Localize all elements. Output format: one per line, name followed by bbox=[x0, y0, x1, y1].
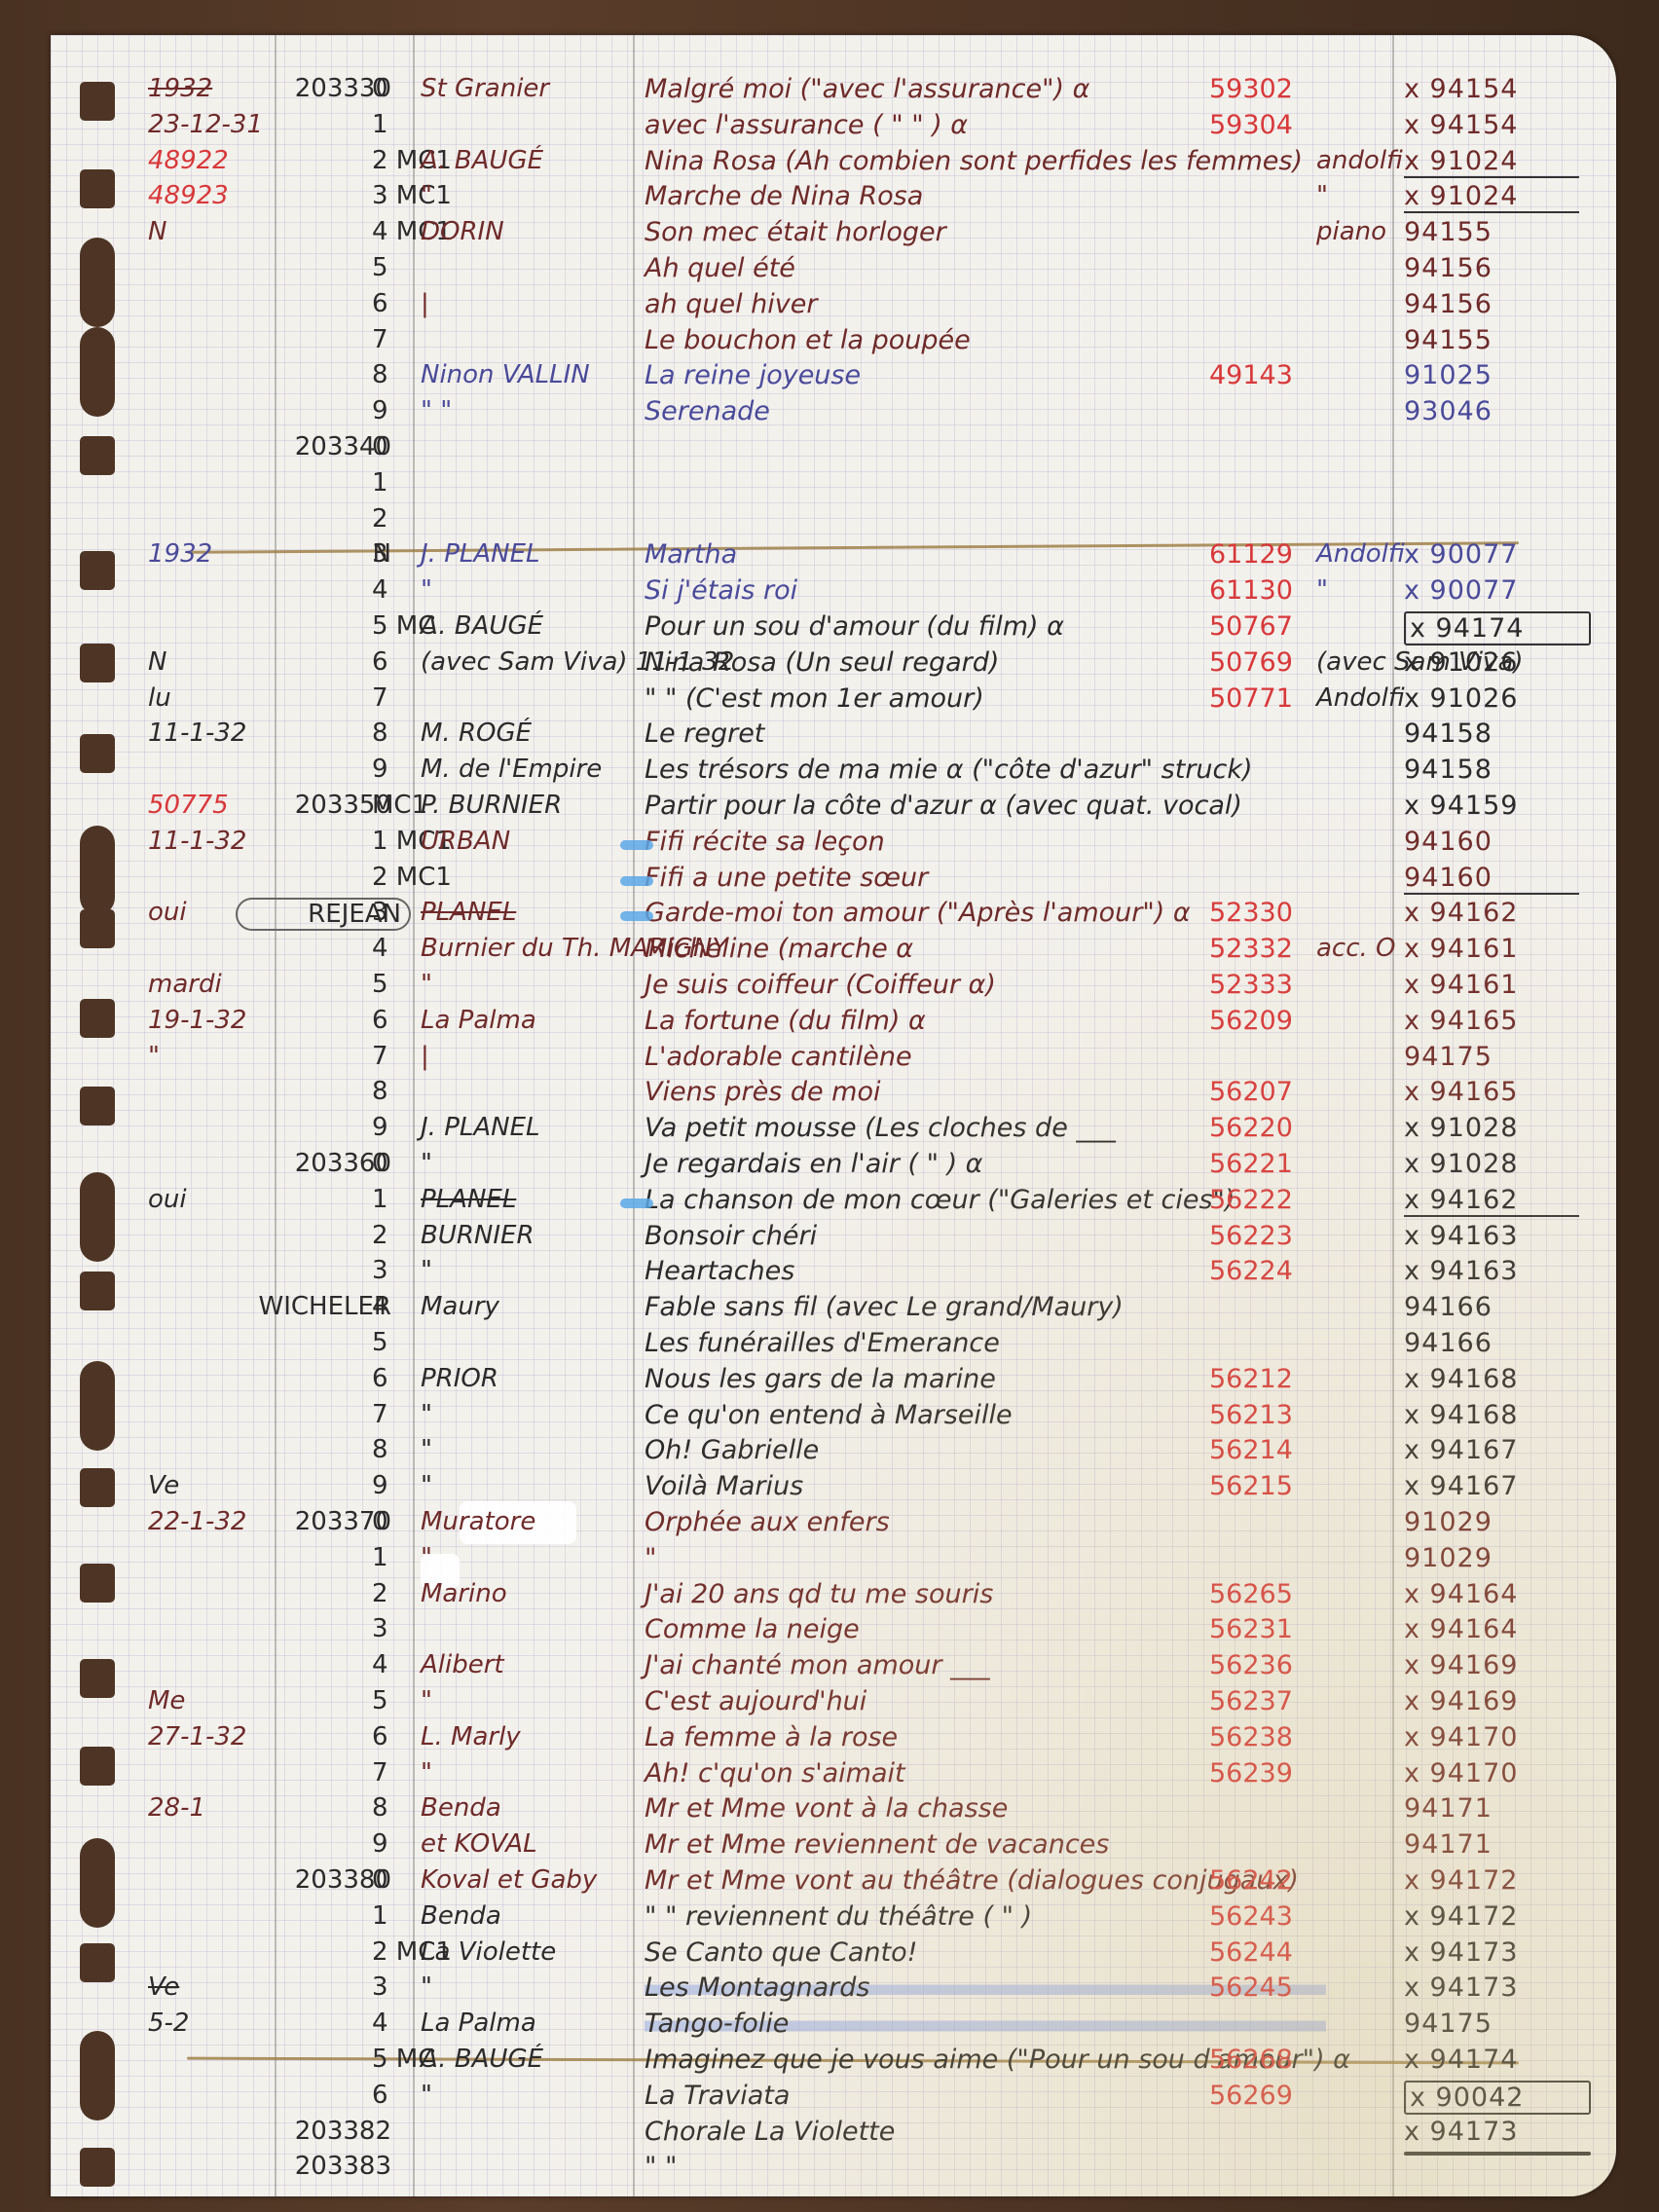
table-row: 5 MCA. BAUGÉImaginez que je vous aime ("… bbox=[51, 2045, 1616, 2080]
cell-disc: 203382 bbox=[236, 2117, 391, 2146]
table-row: 9M. de l'EmpireLes trésors de ma mie α (… bbox=[51, 755, 1616, 790]
table-row: 8"Oh! Gabrielle56214x 94167 bbox=[51, 1435, 1616, 1470]
table-row: 4"Si j'étais roi61130"x 90077 bbox=[51, 575, 1616, 610]
cell-cat: x 91024 bbox=[1404, 146, 1579, 178]
cell-cat: x 90077 bbox=[1404, 539, 1579, 570]
cell-cat: x 94174 bbox=[1404, 611, 1591, 645]
cell-cat: 94156 bbox=[1404, 289, 1579, 319]
cell-cat bbox=[1404, 2152, 1591, 2156]
cell-date: Ve bbox=[148, 1471, 294, 1500]
cell-cat: 94155 bbox=[1404, 217, 1579, 247]
cell-cat: x 91024 bbox=[1404, 181, 1579, 213]
table-row: 489222 MC1A. BAUGÉNina Rosa (Ah combien … bbox=[51, 146, 1616, 181]
table-row: 5Les funérailles d'Emerance94166 bbox=[51, 1328, 1616, 1363]
table-row: N6(avec Sam Viva) 11-1-32Nina Rosa (Un s… bbox=[51, 647, 1616, 682]
table-row: 7"Ah! c'qu'on s'aimait56239x 94170 bbox=[51, 1758, 1616, 1793]
table-row: 50775203350MC1P. BURNIERPartir pour la c… bbox=[51, 791, 1616, 826]
table-row: 6|ah quel hiver94156 bbox=[51, 289, 1616, 324]
cell-disc: 203340 bbox=[236, 432, 391, 461]
cell-cat: 94166 bbox=[1404, 1292, 1579, 1322]
cell-cat: 94171 bbox=[1404, 1829, 1579, 1860]
table-row: 5 MCA. BAUGÉPour un sou d'amour (du film… bbox=[51, 611, 1616, 646]
cell-date: N bbox=[148, 647, 294, 677]
cell-cat: x 94173 bbox=[1404, 2117, 1579, 2147]
cell-matrix: 56215 bbox=[1209, 1471, 1326, 1501]
cell-num: 0 bbox=[372, 432, 440, 461]
highlight-mark bbox=[620, 876, 653, 886]
cell-num: 5 bbox=[372, 1328, 440, 1357]
table-row: 9" "Serenade93046 bbox=[51, 396, 1616, 431]
cell-cat: x 91028 bbox=[1404, 1149, 1579, 1179]
cell-cat: 94175 bbox=[1404, 2009, 1579, 2039]
cell-cat: 94160 bbox=[1404, 863, 1579, 895]
table-row: mardi5"Je suis coiffeur (Coiffeur α)5233… bbox=[51, 970, 1616, 1005]
highlight-mark bbox=[620, 840, 653, 850]
table-row: 3Comme la neige56231x 94164 bbox=[51, 1614, 1616, 1649]
cell-cat: 94171 bbox=[1404, 1793, 1579, 1824]
cell-title: Mr et Mme vont à la chasse bbox=[645, 1793, 1326, 1824]
table-row: lu7" " (C'est mon 1er amour)50771Andolfi… bbox=[51, 683, 1616, 719]
cell-cat: 94158 bbox=[1404, 755, 1579, 785]
cell-cat: x 94161 bbox=[1404, 970, 1579, 1000]
cell-matrix: 52332 bbox=[1209, 934, 1326, 964]
cell-matrix: 56223 bbox=[1209, 1221, 1326, 1251]
table-row: 203383" " bbox=[51, 2152, 1616, 2187]
table-row: 2033400 bbox=[51, 432, 1616, 467]
cell-matrix: 56245 bbox=[1209, 1972, 1326, 2003]
cell-matrix: 56242 bbox=[1209, 1865, 1326, 1896]
cell-title: Nina Rosa (Ah combien sont perfides les … bbox=[645, 146, 1326, 176]
table-row: Me5"C'est aujourd'hui56237x 94169 bbox=[51, 1686, 1616, 1721]
cell-date: 48922 bbox=[148, 146, 294, 175]
table-row: 7Le bouchon et la poupée94155 bbox=[51, 325, 1616, 360]
table-row: Ve9"Voilà Marius56215x 94167 bbox=[51, 1471, 1616, 1506]
cell-matrix: 52333 bbox=[1209, 970, 1326, 1000]
table-row: 23-12-311avec l'assurance ( " " ) α59304… bbox=[51, 110, 1616, 145]
cell-matrix: 56220 bbox=[1209, 1113, 1326, 1143]
cell-disc: 203350 bbox=[236, 791, 391, 820]
cell-cat: x 94169 bbox=[1404, 1650, 1579, 1680]
cell-matrix: 56237 bbox=[1209, 1686, 1326, 1716]
cell-title: " " bbox=[645, 2152, 1326, 2182]
table-row: 28-18BendaMr et Mme vont à la chasse9417… bbox=[51, 1793, 1616, 1828]
cell-date: 11-1-32 bbox=[148, 827, 294, 856]
table-row: 2 MC1La VioletteSe Canto que Canto!56244… bbox=[51, 1937, 1616, 1972]
cell-matrix: 56231 bbox=[1209, 1614, 1326, 1644]
table-row: 5Ah quel été94156 bbox=[51, 253, 1616, 288]
cell-matrix: 50769 bbox=[1209, 647, 1326, 678]
cell-date: 23-12-31 bbox=[148, 110, 294, 139]
cell-matrix: 56265 bbox=[1209, 1579, 1326, 1609]
cell-date: 27-1-32 bbox=[148, 1722, 294, 1751]
cell-title: Fifi récite sa leçon bbox=[645, 827, 1326, 857]
cell-cat: x 94165 bbox=[1404, 1077, 1579, 1107]
cell-title: Fable sans fil (avec Le grand/Maury) bbox=[645, 1292, 1326, 1322]
cell-cat: 91029 bbox=[1404, 1507, 1579, 1537]
cell-matrix: 56207 bbox=[1209, 1077, 1326, 1107]
cell-cat: x 90077 bbox=[1404, 575, 1579, 606]
cell-date: oui bbox=[148, 1185, 294, 1214]
cell-title: Marche de Nina Rosa bbox=[645, 181, 1326, 211]
table-row: 4AlibertJ'ai chanté mon amour ___56236x … bbox=[51, 1650, 1616, 1685]
cell-date: 48923 bbox=[148, 181, 294, 210]
cell-date: mardi bbox=[148, 970, 294, 999]
table-row: 27-1-326L. MarlyLa femme à la rose56238x… bbox=[51, 1722, 1616, 1757]
cell-matrix: 56213 bbox=[1209, 1400, 1326, 1430]
table-row: 1Benda" " reviennent du théâtre ( " )562… bbox=[51, 1901, 1616, 1936]
cell-cat: x 94174 bbox=[1404, 2045, 1579, 2075]
cell-num: 2 MC1 bbox=[372, 863, 440, 892]
cell-matrix: 56221 bbox=[1209, 1149, 1326, 1179]
cell-title: Serenade bbox=[645, 396, 1326, 426]
cell-cat: 91025 bbox=[1404, 360, 1579, 390]
cell-title: Les funérailles d'Emerance bbox=[645, 1328, 1326, 1358]
cell-matrix: 56209 bbox=[1209, 1006, 1326, 1036]
cell-cat: x 94168 bbox=[1404, 1364, 1579, 1394]
cell-date: 11-1-32 bbox=[148, 719, 294, 748]
cell-date: Me bbox=[148, 1686, 294, 1715]
cell-cat: x 91028 bbox=[1404, 1113, 1579, 1143]
cell-date: N bbox=[148, 217, 294, 246]
cell-cat: 94155 bbox=[1404, 325, 1579, 355]
table-row: ouiREJEAN3PLANELGarde-moi ton amour ("Ap… bbox=[51, 898, 1616, 933]
cell-title: L'adorable cantilène bbox=[645, 1042, 1326, 1072]
cell-cat: 94175 bbox=[1404, 1042, 1579, 1072]
cell-cat: x 94163 bbox=[1404, 1256, 1579, 1286]
cell-matrix: 56268 bbox=[1209, 2045, 1326, 2075]
table-row: 203382Chorale La Violettex 94173 bbox=[51, 2117, 1616, 2152]
cell-matrix: 56269 bbox=[1209, 2081, 1326, 2111]
cell-cat: x 90042 bbox=[1404, 2081, 1591, 2115]
cell-matrix: 50771 bbox=[1209, 683, 1326, 714]
cell-matrix: 59304 bbox=[1209, 110, 1326, 140]
cell-cat: x 94173 bbox=[1404, 1937, 1579, 1968]
table-row: 8Ninon VALLINLa reine joyeuse4914391025 bbox=[51, 360, 1616, 395]
table-row: 2MarinoJ'ai 20 ans qd tu me souris56265x… bbox=[51, 1579, 1616, 1614]
cell-date: " bbox=[148, 1042, 294, 1071]
table-row: Ve3"Les Montagnards56245x 94173 bbox=[51, 1972, 1616, 2008]
table-row: 9J. PLANELVa petit mousse (Les cloches d… bbox=[51, 1113, 1616, 1148]
cell-title: ah quel hiver bbox=[645, 289, 1326, 319]
cell-cat: 94156 bbox=[1404, 253, 1579, 283]
cell-cat: x 94172 bbox=[1404, 1865, 1579, 1896]
cell-cat: x 94162 bbox=[1404, 898, 1579, 928]
table-row: 3"Heartaches56224x 94163 bbox=[51, 1256, 1616, 1291]
cell-matrix: 56244 bbox=[1209, 1937, 1326, 1968]
table-row: 19-1-326La PalmaLa fortune (du film) α56… bbox=[51, 1006, 1616, 1041]
ledger-page: 1932 2033300St GranierMalgré moi ("avec … bbox=[51, 35, 1616, 2196]
table-row: 1 bbox=[51, 468, 1616, 503]
table-row: 1932N3J. PLANELMartha61129Andolfix 90077 bbox=[51, 539, 1616, 574]
cell-num: 8 bbox=[372, 1077, 440, 1106]
cell-num: 5 bbox=[372, 253, 440, 282]
cell-title: Le regret bbox=[645, 719, 1326, 749]
cell-matrix: 56238 bbox=[1209, 1722, 1326, 1752]
cell-matrix: 56236 bbox=[1209, 1650, 1326, 1680]
cell-cat: 93046 bbox=[1404, 396, 1579, 426]
cell-num: 2 bbox=[372, 504, 440, 534]
cell-cat: x 91026 bbox=[1404, 683, 1579, 714]
table-row: 11-1-328M. ROGÉLe regret94158 bbox=[51, 719, 1616, 754]
cell-cat: 91029 bbox=[1404, 1543, 1579, 1573]
cell-cat: x 94164 bbox=[1404, 1579, 1579, 1609]
table-row: 7"Ce qu'on entend à Marseille56213x 9416… bbox=[51, 1400, 1616, 1435]
cell-date: lu bbox=[148, 683, 294, 713]
cell-cat: x 94168 bbox=[1404, 1400, 1579, 1430]
cell-title: Chorale La Violette bbox=[645, 2117, 1326, 2147]
cell-disc: 203383 bbox=[236, 2152, 391, 2181]
cell-cat: x 94170 bbox=[1404, 1758, 1579, 1788]
cell-date: 19-1-32 bbox=[148, 1006, 294, 1035]
highlight-mark bbox=[620, 911, 653, 921]
cell-title: Tango-folie bbox=[645, 2009, 1326, 2039]
cell-matrix: 56222 bbox=[1209, 1185, 1326, 1215]
cell-title: Son mec était horloger bbox=[645, 217, 1326, 247]
cell-cat: x 94154 bbox=[1404, 110, 1579, 140]
cell-date: 5-2 bbox=[148, 2009, 294, 2038]
table-row: WICHELER4MauryFable sans fil (avec Le gr… bbox=[51, 1292, 1616, 1327]
cell-disc: 203380 bbox=[236, 1865, 391, 1895]
cell-matrix: 49143 bbox=[1209, 360, 1326, 390]
table-row: 4Burnier du Th. MARIGNYMicheline (marche… bbox=[51, 934, 1616, 969]
cell-title: Fifi a une petite sœur bbox=[645, 863, 1326, 893]
cell-num: 7 bbox=[372, 683, 440, 713]
cell-cat: x 94167 bbox=[1404, 1435, 1579, 1465]
cell-cat: x 94165 bbox=[1404, 1006, 1579, 1036]
cell-cat: 94160 bbox=[1404, 827, 1579, 857]
cell-cat: 94158 bbox=[1404, 719, 1579, 749]
cell-disc: WICHELER bbox=[236, 1292, 391, 1321]
table-row: N4 MC1DORINSon mec était horlogerpiano94… bbox=[51, 217, 1616, 252]
cell-date: 28-1 bbox=[148, 1793, 294, 1823]
cell-cat: x 94170 bbox=[1404, 1722, 1579, 1752]
cell-disc: N bbox=[236, 539, 391, 569]
cell-title: " bbox=[645, 1543, 1326, 1573]
cell-matrix: 56243 bbox=[1209, 1901, 1326, 1932]
cell-title: Ah quel été bbox=[645, 253, 1326, 283]
cell-title: Mr et Mme reviennent de vacances bbox=[645, 1829, 1326, 1860]
cell-matrix: 56212 bbox=[1209, 1364, 1326, 1394]
cell-matrix: 61130 bbox=[1209, 575, 1326, 606]
table-row: 8Viens près de moi56207x 94165 bbox=[51, 1077, 1616, 1112]
table-row: 22-1-322033700MuratoreOrphée aux enfers9… bbox=[51, 1507, 1616, 1542]
cell-cat: x 91026 bbox=[1404, 647, 1579, 678]
table-row: 1932 2033300St GranierMalgré moi ("avec … bbox=[51, 74, 1616, 109]
cell-matrix: 56214 bbox=[1209, 1435, 1326, 1465]
table-row: 5-24La PalmaTango-folie94175 bbox=[51, 2009, 1616, 2044]
cell-num: 3 bbox=[372, 1614, 440, 1643]
cell-matrix: 50767 bbox=[1209, 611, 1326, 642]
cell-matrix: 52330 bbox=[1209, 898, 1326, 928]
table-row: 2 bbox=[51, 504, 1616, 539]
cell-cat: x 94154 bbox=[1404, 74, 1579, 104]
cell-cat: x 94172 bbox=[1404, 1901, 1579, 1932]
cell-cat: x 94169 bbox=[1404, 1686, 1579, 1716]
cell-matrix: 56224 bbox=[1209, 1256, 1326, 1286]
cell-matrix: 56239 bbox=[1209, 1758, 1326, 1788]
cell-cat: x 94167 bbox=[1404, 1471, 1579, 1501]
cell-title: Orphée aux enfers bbox=[645, 1507, 1326, 1537]
cell-disc: 203370 bbox=[236, 1507, 391, 1536]
cell-cat: x 94163 bbox=[1404, 1221, 1579, 1251]
cell-num: 1 bbox=[372, 468, 440, 498]
table-row: 2BURNIERBonsoir chéri56223x 94163 bbox=[51, 1221, 1616, 1256]
cell-matrix: 59302 bbox=[1209, 74, 1326, 104]
cell-cat: x 94162 bbox=[1404, 1185, 1579, 1217]
table-row: 2033800Koval et GabyMr et Mme vont au th… bbox=[51, 1865, 1616, 1900]
table-row: 9et KOVALMr et Mme reviennent de vacance… bbox=[51, 1829, 1616, 1864]
cell-num: 1 bbox=[372, 110, 440, 139]
table-row: 1""91029 bbox=[51, 1543, 1616, 1578]
cell-title: Le bouchon et la poupée bbox=[645, 325, 1326, 355]
cell-disc: 203360 bbox=[236, 1149, 391, 1178]
table-row: 11-1-321 MC1URBANFifi récite sa leçon941… bbox=[51, 827, 1616, 862]
cell-num: 7 bbox=[372, 325, 440, 354]
cell-cat: x 94161 bbox=[1404, 934, 1579, 964]
table-row: 6"La Traviata56269x 90042 bbox=[51, 2081, 1616, 2116]
cell-cat: x 94159 bbox=[1404, 791, 1579, 821]
cell-cat: 94166 bbox=[1404, 1328, 1579, 1358]
cell-title: Les trésors de ma mie α ("côte d'azur" s… bbox=[645, 755, 1326, 785]
table-row: "7|L'adorable cantilène94175 bbox=[51, 1042, 1616, 1077]
cell-cat: x 94164 bbox=[1404, 1614, 1579, 1644]
cell-disc: 203330 bbox=[236, 74, 391, 103]
highlight-mark bbox=[620, 1198, 653, 1208]
table-row: 489233 MC1"Marche de Nina Rosa"x 91024 bbox=[51, 181, 1616, 216]
table-row: 6PRIORNous les gars de la marine56212x 9… bbox=[51, 1364, 1616, 1399]
cell-matrix: 61129 bbox=[1209, 539, 1326, 570]
cell-title: Partir pour la côte d'azur α (avec quat.… bbox=[645, 791, 1326, 821]
table-row: 2 MC1Fifi a une petite sœur94160 bbox=[51, 863, 1616, 898]
cell-date: Ve bbox=[148, 1972, 294, 2002]
table-row: 2033600"Je regardais en l'air ( " ) α562… bbox=[51, 1149, 1616, 1184]
table-row: oui1PLANELLa chanson de mon cœur ("Galer… bbox=[51, 1185, 1616, 1220]
cell-cat: x 94173 bbox=[1404, 1972, 1579, 2003]
